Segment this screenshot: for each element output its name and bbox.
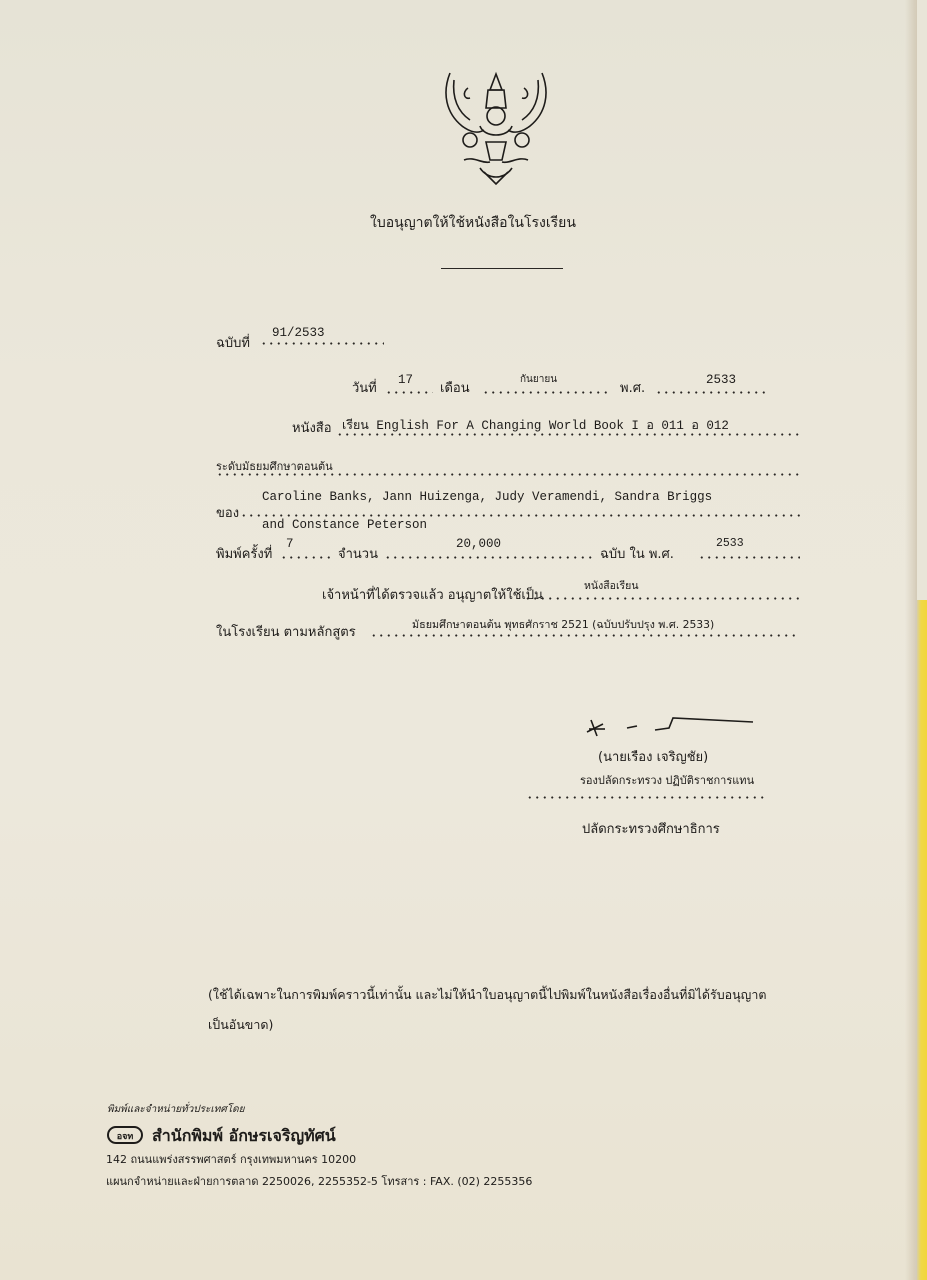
date-dotted-line xyxy=(385,391,433,394)
notice-line1: (ใช้ได้เฉพาะในการพิมพ์คราวนี้เท่านั้น แล… xyxy=(208,985,766,1005)
curriculum-label: ในโรงเรียน ตามหลักสูตร xyxy=(216,621,356,642)
signatory-office: ปลัดกระทรวงศึกษาธิการ xyxy=(582,818,720,839)
author-line1: Caroline Banks, Jann Huizenga, Judy Vera… xyxy=(262,490,712,504)
quantity-label: จำนวน xyxy=(338,543,378,564)
curriculum-value: มัธยมศึกษาตอนต้น พุทธศักราช 2521 (ฉบับปร… xyxy=(412,616,714,633)
edition-label: พิมพ์ครั้งที่ xyxy=(216,543,272,564)
document-title: ใบอนุญาตให้ใช้หนังสือในโรงเรียน xyxy=(370,212,576,234)
yellow-cover-edge xyxy=(917,600,927,1280)
book-value: เรียน English For A Changing World Book … xyxy=(342,415,729,435)
copies-year-label: ฉบับ ใน พ.ศ. xyxy=(600,543,674,564)
document-page: ใบอนุญาตให้ใช้หนังสือในโรงเรียน ฉบับที่ … xyxy=(0,0,915,1280)
month-dotted-line xyxy=(482,391,612,394)
book-dotted-line xyxy=(336,433,800,436)
publisher-intro: พิมพ์และจำหน่ายทั่วประเทศโดย xyxy=(107,1102,244,1117)
year-value: 2533 xyxy=(706,373,736,387)
notice-line2: เป็นอันขาด) xyxy=(208,1015,273,1035)
date-value: 17 xyxy=(398,373,413,387)
month-value: กันยายน xyxy=(520,372,557,387)
quantity-dotted-line xyxy=(384,556,594,559)
publisher-name: สำนักพิมพ์ อักษรเจริญทัศน์ xyxy=(152,1124,336,1149)
signatory-position: รองปลัดกระทรวง ปฏิบัติราชการแทน xyxy=(580,771,754,789)
edition-dotted-line xyxy=(280,556,330,559)
edition-value: 7 xyxy=(286,537,294,551)
approval-value: หนังสือเรียน xyxy=(584,577,639,594)
copies-year-value: 2533 xyxy=(716,537,744,550)
number-dotted-line xyxy=(260,342,384,345)
author-label: ของ xyxy=(216,502,239,523)
quantity-value: 20,000 xyxy=(456,537,501,551)
book-label: หนังสือ xyxy=(292,417,332,438)
copies-year-dotted-line xyxy=(698,556,800,559)
publisher-contact: แผนกจำหน่ายและฝ่ายการตลาด 2250026, 22553… xyxy=(106,1172,532,1190)
author-line2: and Constance Peterson xyxy=(262,518,427,532)
level-dotted-line xyxy=(216,473,800,476)
number-label: ฉบับที่ xyxy=(216,332,250,353)
curriculum-dotted-line xyxy=(370,634,800,637)
page-edge-shadow xyxy=(905,0,917,1280)
publisher-address: 142 ถนนแพร่งสรรพศาสตร์ กรุงเทพมหานคร 102… xyxy=(106,1150,356,1168)
approval-dotted-line xyxy=(524,597,800,600)
month-label: เดือน xyxy=(440,377,470,398)
signature-dotted-line xyxy=(526,796,768,799)
publisher-logo-icon: อจท xyxy=(107,1126,143,1144)
signatory-name: (นายเรือง เจริญชัย) xyxy=(598,746,708,767)
date-label: วันที่ xyxy=(352,377,377,398)
author-dotted-line xyxy=(240,514,800,517)
number-value: 91/2533 xyxy=(272,326,325,340)
signature-mark-icon xyxy=(585,712,755,742)
garuda-emblem-icon xyxy=(440,68,552,188)
title-underline xyxy=(441,268,563,269)
year-label: พ.ศ. xyxy=(620,377,645,398)
approval-label: เจ้าหน้าที่ได้ตรวจแล้ว อนุญาตให้ใช้เป็น xyxy=(322,584,543,605)
year-dotted-line xyxy=(655,391,770,394)
